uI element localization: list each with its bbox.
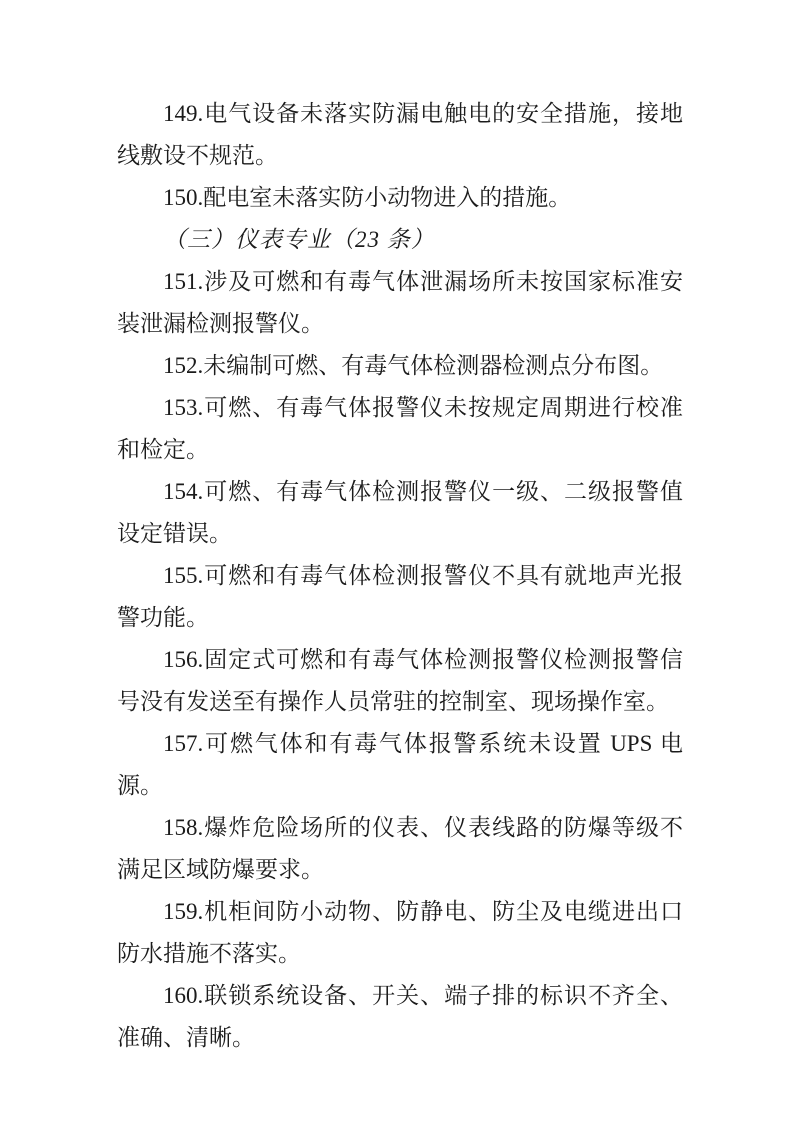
item-149: 149.电气设备未落实防漏电触电的安全措施，接地线敷设不规范。 bbox=[117, 93, 683, 177]
item-153: 153.可燃、有毒气体报警仪未按规定周期进行校准和检定。 bbox=[117, 387, 683, 471]
item-150: 150.配电室未落实防小动物进入的措施。 bbox=[117, 177, 683, 219]
item-157: 157.可燃气体和有毒气体报警系统未设置 UPS 电源。 bbox=[117, 723, 683, 807]
item-156: 156.固定式可燃和有毒气体检测报警仪检测报警信号没有发送至有操作人员常驻的控制… bbox=[117, 639, 683, 723]
item-155: 155.可燃和有毒气体检测报警仪不具有就地声光报警功能。 bbox=[117, 555, 683, 639]
item-160: 160.联锁系统设备、开关、端子排的标识不齐全、准确、清晰。 bbox=[117, 975, 683, 1059]
item-154: 154.可燃、有毒气体检测报警仪一级、二级报警值设定错误。 bbox=[117, 471, 683, 555]
item-158: 158.爆炸危险场所的仪表、仪表线路的防爆等级不满足区域防爆要求。 bbox=[117, 807, 683, 891]
item-159: 159.机柜间防小动物、防静电、防尘及电缆进出口防水措施不落实。 bbox=[117, 891, 683, 975]
document-body: 149.电气设备未落实防漏电触电的安全措施，接地线敷设不规范。 150.配电室未… bbox=[117, 93, 683, 1059]
document-page: 149.电气设备未落实防漏电触电的安全措施，接地线敷设不规范。 150.配电室未… bbox=[0, 0, 800, 1131]
item-152: 152.未编制可燃、有毒气体检测器检测点分布图。 bbox=[117, 345, 683, 387]
item-151: 151.涉及可燃和有毒气体泄漏场所未按国家标准安装泄漏检测报警仪。 bbox=[117, 261, 683, 345]
section-heading-instrument: （三）仪表专业（23 条） bbox=[117, 219, 683, 261]
